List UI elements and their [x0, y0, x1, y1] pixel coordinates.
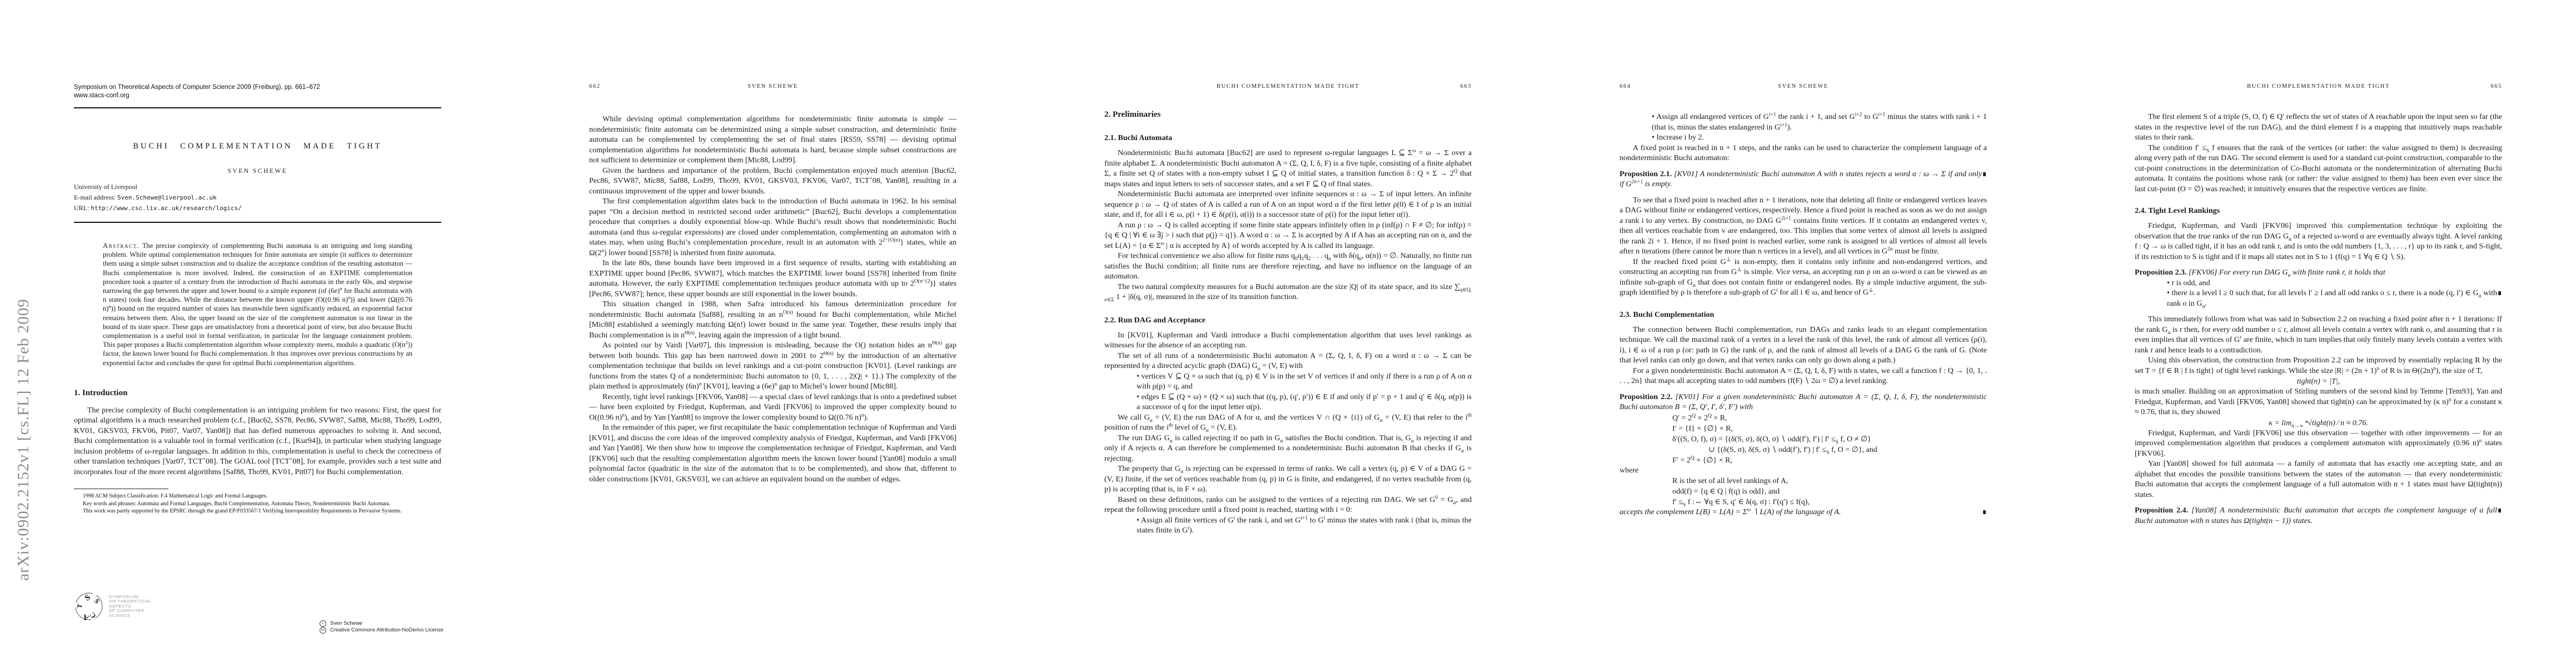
vertical-spacer	[1104, 325, 1472, 331]
paragraph: This immediately follows from what was s…	[2135, 315, 2502, 356]
vertical-spacer	[1620, 387, 1987, 392]
proposition-label: Proposition 2.3.	[2135, 268, 2186, 277]
page-4: 664SVEN SCHEWE• Assign all endangered ve…	[1546, 0, 2061, 667]
paragraph: The connection between Buchi complementa…	[1620, 325, 1987, 366]
vertical-spacer	[2135, 83, 2502, 112]
list-item: • Assign all finite vertices of Gi the r…	[1104, 516, 1472, 536]
affiliation-label: URL:	[74, 204, 91, 212]
paragraph: The property that Gα is rejecting can be…	[1104, 464, 1472, 495]
paragraph: Friedgut, Kupferman, and Vardi [FKV06] u…	[2135, 429, 2502, 460]
vertical-spacer	[589, 83, 956, 115]
paragraph: Nondeterministic Buchi automata are inte…	[1104, 190, 1472, 221]
vertical-spacer	[2135, 309, 2502, 315]
paragraph: The two natural complexity measures for …	[1104, 282, 1472, 303]
subsection-heading: 2.2. Run DAG and Acceptance	[1104, 316, 1472, 325]
affiliation-value: http://www.csc.liv.ac.uk/research/logics…	[91, 205, 242, 212]
vertical-spacer	[1104, 83, 1472, 110]
section-heading: 1. Introduction	[74, 389, 441, 398]
formula: κ = limn→∞ ⁿ√tight(n) ⁄ n ≈ 0.76.	[2135, 418, 2502, 429]
page-5: BUCHI COMPLEMENTATION MADE TIGHT665The f…	[2061, 0, 2576, 667]
formula: I′ = {I} × {∅} × R,	[1620, 424, 1987, 434]
formula: F′ = 2Q × {∅} × R,	[1620, 455, 1987, 466]
vertical-spacer	[74, 175, 441, 182]
proposition-text: [KV01] For a given nondeterministic Buch…	[1620, 393, 1987, 412]
vertical-spacer	[1104, 303, 1472, 316]
vertical-spacer	[2135, 216, 2502, 221]
page-2: 662SVEN SCHEWEWhile devising optimal com…	[515, 0, 1030, 667]
footnote: Key words and phrases: Automata and Form…	[74, 500, 441, 508]
paragraph: For a given nondeterministic Buchi autom…	[1620, 366, 1987, 387]
page-body: 2. Preliminaries2.1. Buchi AutomataNonde…	[1104, 83, 1472, 536]
paragraph: The condition f′ ≤S f ensures that the r…	[2135, 143, 2502, 195]
proposition: Proposition 2.2. [KV01] For a given nond…	[1620, 392, 1987, 413]
paragraph: where	[1620, 466, 1987, 476]
paragraph: Nondeterministic Buchi automata [Buc62] …	[1104, 148, 1472, 190]
paragraph: This situation changed in 1988, when Saf…	[589, 300, 956, 341]
document-canvas: arXiv:0902.2152v1 [cs.FL] 12 Feb 2009 Sy…	[0, 0, 2576, 667]
paragraph: Recently, tight level rankings [FKV06, Y…	[589, 392, 956, 424]
vertical-spacer	[2135, 262, 2502, 268]
list-item: • Assign all endangered vertices of Gi+1…	[1620, 112, 1987, 133]
proposition: ∎accepts the complement L(B) = L(A) = Σω…	[1620, 507, 1987, 518]
conference-line: Symposium on Theoretical Aspects of Comp…	[74, 83, 441, 92]
proposition-label: Proposition 2.1.	[1620, 170, 1672, 178]
page-body: While devising optimal complementation a…	[589, 83, 956, 485]
affiliation-value: University of Liverpool	[74, 183, 137, 191]
page-body: • Assign all endangered vertices of Gi+1…	[1620, 83, 1987, 518]
abstract: Abstract. The precise complexity of comp…	[103, 241, 412, 367]
svg-text:T: T	[75, 603, 83, 609]
affiliation-label: E-mail address:	[74, 193, 117, 201]
paragraph: Yan [Yan08] showed for full automata — a…	[2135, 459, 2502, 500]
svg-text:S: S	[83, 593, 92, 603]
stacs-logo-text: SYMPOSIUMON THEORETICALASPECTSOF COMPUTE…	[109, 591, 152, 618]
section-heading: 2. Preliminaries	[1104, 110, 1472, 120]
paragraph: The run DAG Gα is called rejecting if no…	[1104, 434, 1472, 465]
paragraph: The first element S of a triple (S, O, f…	[2135, 112, 2502, 143]
vertical-spacer	[74, 367, 441, 389]
license-name: Creative Commons Attribution-NoDerivs Li…	[330, 627, 444, 634]
paragraph: A fixed point is reached in n + 1 steps,…	[1620, 143, 1987, 164]
proposition-text: accepts the complement L(B) = L(A) = Σω …	[1620, 508, 1841, 516]
list-item: • vertices V ⊆ Q × ω such that (q, p) ∈ …	[1104, 372, 1472, 392]
proposition: Proposition 2.3. [FKV06] For every run D…	[2135, 268, 2502, 278]
paragraph: Based on these definitions, ranks can be…	[1104, 495, 1472, 516]
page-body: The first element S of a triple (S, O, f…	[2135, 83, 2502, 526]
subsection-heading: 2.3. Buchi Complementation	[1620, 311, 1987, 320]
paper-title: BUCHI COMPLEMENTATION MADE TIGHT	[74, 142, 441, 151]
proposition-text: [KV01] A nondeterministic Buchi automato…	[1620, 170, 1982, 189]
qed-symbol: ∎	[2497, 288, 2502, 299]
vertical-spacer	[1620, 320, 1987, 325]
vertical-spacer	[1104, 143, 1472, 148]
affiliation-line: University of Liverpool	[74, 182, 441, 192]
conference-line: www.stacs-conf.org	[74, 92, 441, 100]
abstract-label: Abstract.	[103, 242, 139, 250]
paragraph: The set of all runs of a nondeterministi…	[1104, 351, 1472, 372]
paragraph: The first complementation algorithm date…	[589, 197, 956, 258]
qed-symbol: ∎	[2497, 506, 2502, 516]
formula: R is the set of all level rankings of A,	[1620, 476, 1987, 486]
license-row: cSven Schewe	[320, 620, 444, 627]
list-item: • r is odd, and	[2135, 278, 2502, 289]
vertical-spacer	[74, 151, 441, 168]
vertical-spacer	[1104, 120, 1472, 134]
stacs-logo: STACSSYMPOSIUMON THEORETICALASPECTSOF CO…	[74, 591, 152, 621]
subsection-heading: 2.1. Buchi Automata	[1104, 134, 1472, 143]
page-body: Symposium on Theoretical Aspects of Comp…	[74, 83, 441, 515]
paragraph: Given the hardness and importance of the…	[589, 166, 956, 197]
proposition: ∎Proposition 2.1. [KV01] A nondeterminis…	[1620, 170, 1987, 190]
vertical-spacer	[74, 223, 441, 241]
svg-text:C: C	[88, 611, 97, 620]
proposition-label: Proposition 2.4.	[2135, 506, 2188, 515]
paragraph: The precise complexity of Buchi compleme…	[74, 406, 441, 478]
vertical-spacer	[2135, 195, 2502, 207]
formula: ∪ {(δ(S, σ), δ(S, σ) ∖ odd(f′), f′) | f′…	[1620, 445, 1987, 455]
copyright-holder: Sven Schewe	[330, 620, 362, 627]
stacs-logo-icon: STACS	[74, 591, 104, 621]
vertical-spacer	[1620, 190, 1987, 196]
paragraph: A run ρ : ω → Q is called accepting if s…	[1104, 221, 1472, 252]
cc-icon: cc	[320, 627, 326, 634]
paragraph: As pointed our by Vardi [Var07], this im…	[589, 341, 956, 392]
proposition-list-item: ∎• there is a level l ≥ 0 such that, for…	[2135, 288, 2502, 309]
paragraph: We call Gα = (V, E) the run DAG of A for…	[1104, 413, 1472, 434]
footnote: 1998 ACM Subject Classification: F.4 Mat…	[74, 492, 441, 500]
svg-text:S: S	[92, 597, 101, 605]
stacs-logo-line: SCIENCE	[109, 614, 152, 618]
affiliation-line: URL: http://www.csc.liv.ac.uk/research/l…	[74, 203, 441, 213]
paragraph: While devising optimal complementation a…	[589, 115, 956, 166]
author-name: SVEN SCHEWE	[74, 168, 441, 175]
license-block: cSven ScheweccCreative Commons Attributi…	[320, 620, 444, 634]
list-item: • edges E ⊆ (Q × ω) × (Q × ω) such that …	[1104, 392, 1472, 413]
license-row: ccCreative Commons Attribution-NoDerivs …	[320, 627, 444, 634]
qed-symbol: ∎	[1982, 507, 1987, 518]
qed-symbol: ∎	[1982, 170, 1987, 180]
vertical-spacer	[74, 108, 441, 142]
paragraph: Friedgut, Kupferman, and Vardi [FKV06] i…	[2135, 221, 2502, 262]
formula: f′ ≤S f :⇔ ∀q ∈ S, q′ ∈ δ(q, σ) : f′(q′)…	[1620, 497, 1987, 507]
paragraph: In the remainder of this paper, we first…	[589, 423, 956, 485]
vertical-spacer	[1620, 164, 1987, 170]
page-3: BUCHI COMPLEMENTATION MADE TIGHT6632. Pr…	[1030, 0, 1546, 667]
paragraph: In the late 80s, these bounds have been …	[589, 258, 956, 300]
affiliation-value: Sven.Schewe@liverpool.ac.uk	[117, 194, 217, 201]
list-item: • Increase i by 2.	[1620, 133, 1987, 143]
paragraph: To see that a fixed point is reached aft…	[1620, 196, 1987, 257]
subsection-heading: 2.4. Tight Level Rankings	[2135, 207, 2502, 216]
proposition: ∎Proposition 2.4. [Yan08] A nondetermini…	[2135, 506, 2502, 526]
vertical-spacer	[74, 398, 441, 406]
vertical-spacer	[1620, 83, 1987, 112]
formula: Q′ = 2Q × 2Q × R,	[1620, 413, 1987, 424]
vertical-spacer	[2135, 500, 2502, 506]
affiliation-line: E-mail address: Sven.Schewe@liverpool.ac…	[74, 192, 441, 203]
vertical-spacer	[1620, 298, 1987, 311]
paragraph: For technical convenience we also allow …	[1104, 251, 1472, 282]
formula: δ′((S, O, f), σ) = {(δ(S, σ), δ(O, σ) ∖ …	[1620, 434, 1987, 445]
copyright-icon: c	[320, 620, 326, 627]
proposition-label: Proposition 2.2.	[1620, 393, 1672, 401]
formula: odd(f) = {q ∈ Q | f(q) is odd}, and	[1620, 486, 1987, 497]
paragraph: If the reached fixed point G⊥ is non-emp…	[1620, 257, 1987, 298]
formula: tight(n) = |T|,	[2135, 376, 2502, 387]
paragraph: Using this observation, the construction…	[2135, 356, 2502, 376]
arxiv-stamp: arXiv:0902.2152v1 [cs.FL] 12 Feb 2009	[14, 214, 33, 665]
proposition-text: [FKV06] For every run DAG Gα with finite…	[2186, 268, 2385, 277]
footnote: This work was partly supported by the EP…	[74, 507, 441, 515]
paragraph: In [KV01], Kupferman and Vardi introduce…	[1104, 331, 1472, 351]
page-1: arXiv:0902.2152v1 [cs.FL] 12 Feb 2009 Sy…	[0, 0, 515, 667]
paragraph: is much smaller. Building on an approxim…	[2135, 387, 2502, 418]
proposition-text: [Yan08] A nondeterministic Buchi automat…	[2135, 506, 2497, 525]
